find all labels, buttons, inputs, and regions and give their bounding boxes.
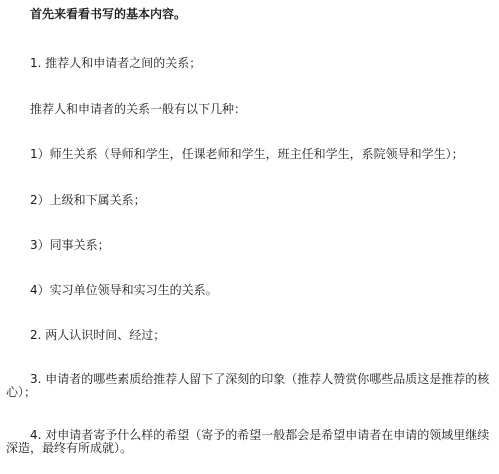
section-3-heading: 3. 申请者的哪些素质给推荐人留下了深刻的印象（推荐人赞赏你哪些品质这是推荐的核… — [6, 373, 495, 399]
relationship-item-1: 1）师生关系（导师和学生，任课老师和学生，班主任和学生，系院领导和学生）； — [30, 147, 464, 161]
relationship-item-4: 4）实习单位领导和实习生的关系。 — [30, 283, 218, 297]
section-2-heading: 2. 两人认识时间、经过； — [30, 328, 165, 342]
relationship-item-2: 2）上级和下属关系； — [30, 193, 146, 207]
relationship-intro: 推荐人和申请者的关系一般有以下几种： — [30, 102, 246, 116]
relationship-item-3: 3）同事关系； — [30, 238, 110, 252]
section-1-heading: 1. 推荐人和申请者之间的关系； — [30, 56, 201, 70]
section-4-heading: 4. 对申请者寄予什么样的希望（寄予的希望一般都会是希望申请者在申请的领域里继续… — [6, 429, 495, 455]
document-title: 首先来看看书写的基本内容。 — [30, 7, 186, 21]
